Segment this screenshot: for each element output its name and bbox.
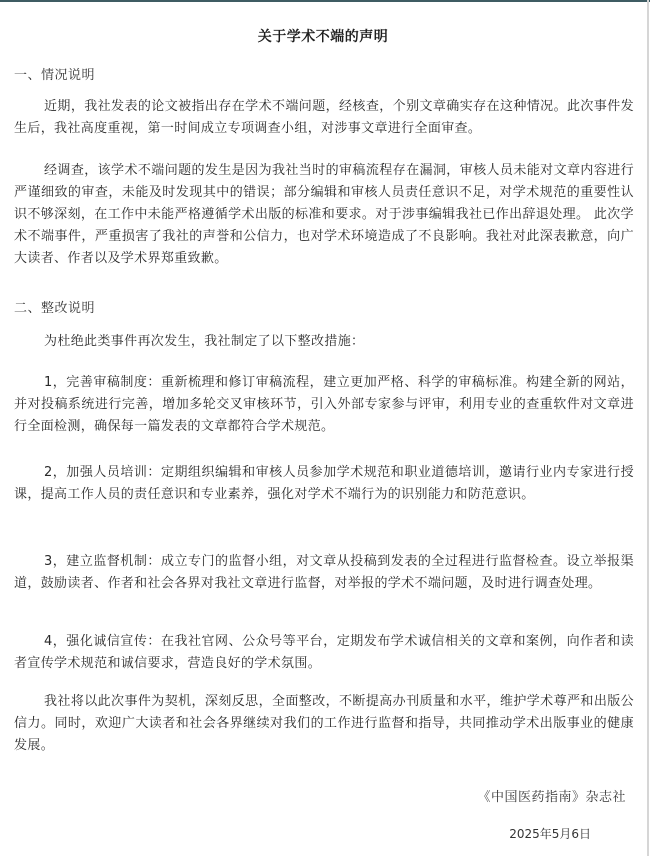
paragraph-measure-1: 1，完善审稿制度：重新梳理和修订审稿流程，建立更加严格、科学的审稿标准。构建全新… — [14, 372, 634, 438]
section-heading-situation: 一、情况说明 — [14, 64, 95, 83]
date: 2025年5月6日 — [509, 825, 591, 842]
document-title: 关于学术不端的声明 — [0, 26, 646, 46]
signature: 《中国医药指南》杂志社 — [477, 786, 626, 805]
paragraph-rectification-intro: 为杜绝此类事件再次发生，我社制定了以下整改措施： — [14, 331, 634, 353]
paragraph-situation-1: 近期，我社发表的论文被指出存在学术不端问题，经核查，个别文章确实存在这种情况。此… — [14, 96, 634, 140]
section-heading-rectification: 二、整改说明 — [14, 297, 95, 316]
paragraph-situation-2: 经调查，该学术不端问题的发生是因为我社当时的审稿流程存在漏洞，审核人员未能对文章… — [14, 160, 634, 270]
statement-document: 关于学术不端的声明 一、情况说明 近期，我社发表的论文被指出存在学术不端问题，经… — [0, 0, 646, 856]
paragraph-measure-4: 4，强化诚信宣传：在我社官网、公众号等平台，定期发布学术诚信相关的文章和案例，向… — [14, 631, 634, 675]
paragraph-measure-3: 3，建立监督机制：成立专门的监督小组，对文章从投稿到发表的全过程进行监督检查。设… — [14, 551, 634, 595]
right-border — [647, 0, 649, 856]
paragraph-closing: 我社将以此次事件为契机，深刻反思，全面整改，不断提高办刊质量和水平，维护学术尊严… — [14, 691, 634, 757]
paragraph-measure-2: 2，加强人员培训：定期组织编辑和审核人员参加学术规范和职业道德培训，邀请行业内专… — [14, 462, 634, 506]
